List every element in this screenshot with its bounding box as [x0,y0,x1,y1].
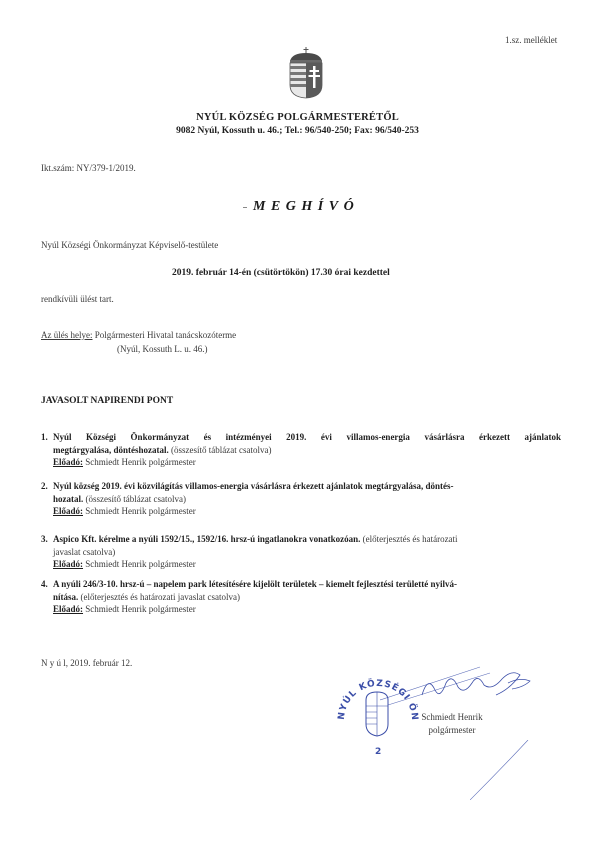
presenter-name: Schmiedt Henrik polgármester [85,457,195,467]
agenda-item-number: 3. [41,533,48,546]
decorative-dash [243,207,247,208]
place-name: Polgármesteri Hivatal tanácskozóterme [95,330,236,340]
svg-text:2: 2 [375,747,381,757]
presenter-name: Schmiedt Henrik polgármester [85,506,195,516]
agenda-item-1: 1. Nyúl Községi Önkormányzat és intézmén… [41,431,561,469]
agenda-item-number: 4. [41,578,48,591]
agenda-item-note: (előterjesztés és határozati [363,534,458,544]
agenda-item-title: Nyúl Községi Önkormányzat és intézményei… [53,431,561,444]
official-stamp-icon: NYÚL KÖZSÉGI ÖNKORMÁNYZAT 2 [330,662,422,762]
agenda-item-note: (összesítő táblázat csatolva) [171,445,271,455]
agenda-item-number: 2. [41,480,48,493]
signature-stroke-icon [470,740,530,800]
agenda-item-3: 3. Aspico Kft. kérelme a nyúli 1592/15.,… [41,533,561,571]
agenda-item-title-cont: hozatal. [53,494,83,504]
agenda-item-title: Nyúl község 2019. évi közvilágítás villa… [53,481,453,491]
place-address: (Nyúl, Kossuth L. u. 46.) [117,344,208,354]
meeting-type-line: rendkívüli ülést tart. [41,294,114,304]
header-title: NYÚL KÖZSÉG POLGÁRMESTERÉTŐL [0,112,595,123]
presenter-label: Előadó: [53,604,83,614]
meeting-date-time: 2019. február 14-én (csütörtökön) 17.30 … [172,268,390,278]
agenda-item-title-cont: megtárgyalása, döntéshozatal. [53,445,169,455]
document-title: MEGHÍVÓ [253,199,359,215]
place-and-date: N y ú l, 2019. február 12. [41,658,132,668]
agenda-item-note: (összesítő táblázat csatolva) [86,494,186,504]
agenda-item-note-cont: javaslat csatolva) [53,546,561,559]
agenda-item-number: 1. [41,431,48,444]
annex-label: 1.sz. melléklet [505,35,557,45]
hungarian-coat-of-arms-icon [284,47,328,99]
presenter-name: Schmiedt Henrik polgármester [85,604,195,614]
agenda-item-title: A nyúli 246/3-10. hrsz-ú – napelem park … [53,579,457,589]
presenter-label: Előadó: [53,559,83,569]
agenda-item-2: 2. Nyúl község 2019. évi közvilágítás vi… [41,480,561,518]
agenda-item-note: (előterjesztés és határozati javaslat cs… [81,592,240,602]
presenter-name: Schmiedt Henrik polgármester [85,559,195,569]
agenda-heading: JAVASOLT NAPIRENDI PONT [41,396,173,406]
agenda-item-title-cont: nítása. [53,592,78,602]
organization-line: Nyúl Községi Önkormányzat Képviselő-test… [41,240,218,250]
meeting-place-line: Az ülés helye: Polgármesteri Hivatal tan… [41,330,236,340]
header-address: 9082 Nyúl, Kossuth u. 46.; Tel.: 96/540-… [0,126,595,136]
presenter-label: Előadó: [53,506,83,516]
presenter-label: Előadó: [53,457,83,467]
agenda-item-title: Aspico Kft. kérelme a nyúli 1592/15., 15… [53,534,360,544]
agenda-item-4: 4. A nyúli 246/3-10. hrsz-ú – napelem pa… [41,578,561,616]
signatory-title: polgármester [412,725,492,735]
file-number: Ikt.szám: NY/379-1/2019. [41,163,136,173]
signatory-name: Schmiedt Henrik [412,712,492,722]
place-label: Az ülés helye: [41,330,92,340]
